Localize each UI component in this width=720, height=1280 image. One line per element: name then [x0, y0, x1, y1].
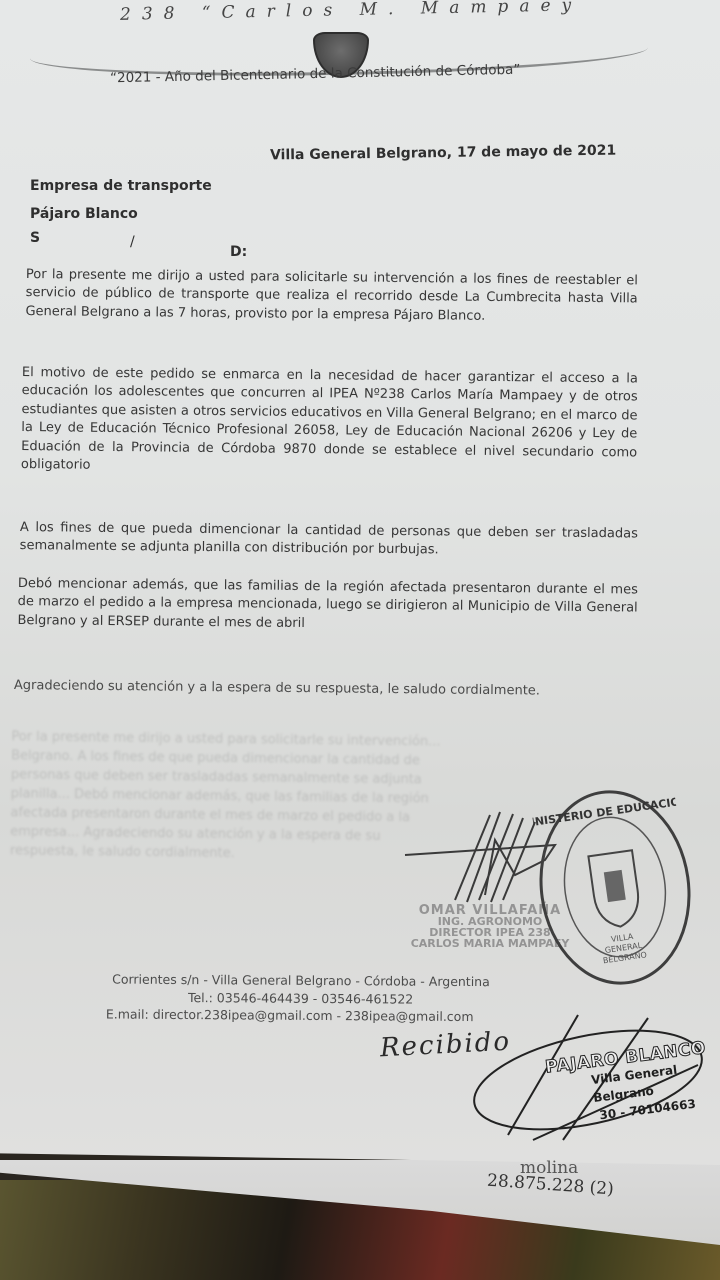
ministry-seal-icon: VILLA GENERAL BELGRANO MINISTERIO DE EDU… [527, 781, 703, 995]
letter-page: Por la presente me dirijo a usted para s… [0, 0, 720, 1165]
addressee: Empresa de transporte Pájaro Blanco [30, 172, 212, 228]
sd-d: D: [230, 244, 247, 260]
paragraph-closing: Agradeciendo su atención y a la espera d… [14, 677, 642, 702]
paragraph-attachment: A los fines de que pueda dimencionar la … [20, 519, 638, 562]
salutation-sd: S / D: [30, 230, 270, 258]
addressee-line-2: Pájaro Blanco [30, 200, 212, 228]
paragraph-history: Debó mencionar además, que las familias … [17, 575, 638, 637]
signer-title-3: CARLOS MARIA MAMPAEY [410, 938, 570, 949]
footer-address: Corrientes s/n - Villa General Belgrano … [100, 970, 550, 991]
bleed-through-text: Por la presente me dirijo a usted para s… [9, 727, 452, 972]
school-name-line: 238 “Carlos M. Mampaey [120, 0, 582, 25]
sd-slash: / [130, 234, 135, 250]
addressee-line-1: Empresa de transporte [30, 172, 212, 200]
paragraph-request: Por la presente me dirijo a usted para s… [25, 266, 638, 328]
sd-s: S [30, 230, 40, 246]
paragraph-motive: El motivo de este pedido se enmarca en l… [21, 364, 638, 481]
place-date: Villa General Belgrano, 17 de mayo de 20… [270, 143, 616, 164]
